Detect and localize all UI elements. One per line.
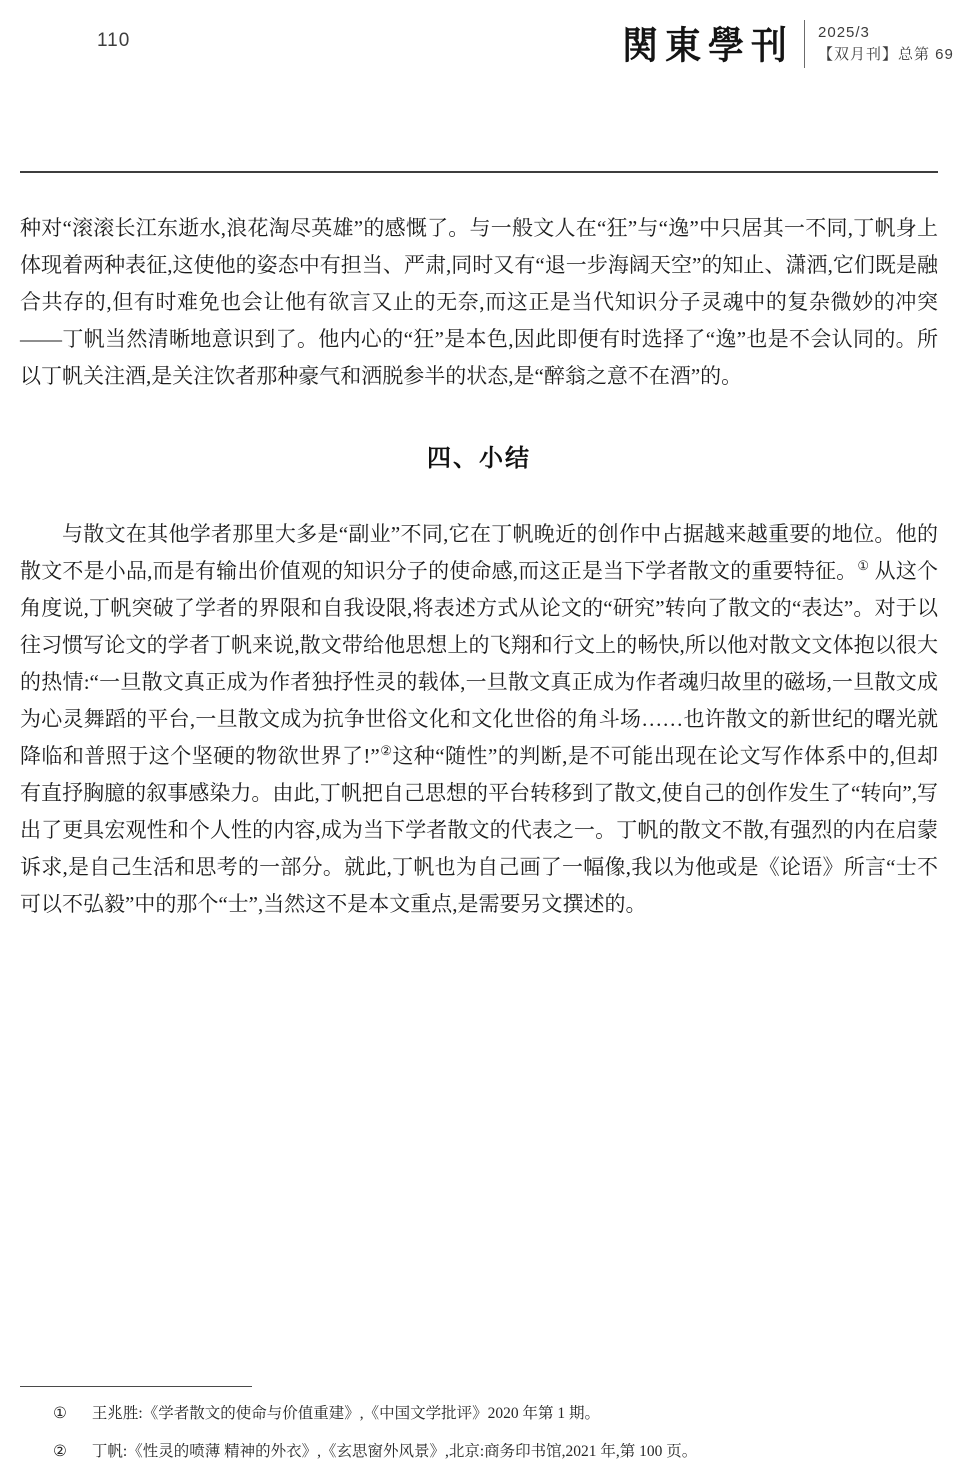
issue-info: 【双月刊】总第 69 期 (818, 44, 958, 66)
footnotes-section: ① 王兆胜:《学者散文的使命与价值重建》,《中国文学批评》2020 年第 1 期… (20, 1386, 938, 1476)
paragraph-conclusion: 与散文在其他学者那里大多是“副业”不同,它在丁帆晚近的创作中占据越来越重要的地位… (20, 516, 938, 923)
journal-page: 110 関東學刊 2025/3 【双月刊】总第 69 期 种对“滚滚长江东逝水,… (0, 0, 958, 1476)
footnote-item: ② 丁帆:《性灵的喷薄 精神的外衣》,《玄思窗外风景》,北京:商务印书馆,202… (20, 1440, 938, 1463)
footnote-ref-1: ① (857, 558, 869, 573)
footnote-text: 丁帆:《性灵的喷薄 精神的外衣》,《玄思窗外风景》,北京:商务印书馆,2021 … (92, 1440, 938, 1463)
footnote-marker: ① (53, 1402, 67, 1425)
paragraph-text: 这种“随性”的判断,是不可能出现在论文写作体系中的,但却有直抒胸臆的叙事感染力。… (20, 744, 938, 916)
page-number: 110 (97, 30, 130, 52)
paragraph-continuation: 种对“滚滚长江东逝水,浪花淘尽英雄”的感慨了。与一般文人在“狂”与“逸”中只居其… (20, 210, 938, 395)
masthead-divider (804, 20, 805, 68)
journal-masthead: 関東學刊 2025/3 【双月刊】总第 69 期 (622, 18, 958, 69)
article-body: 种对“滚滚长江东逝水,浪花淘尽英雄”的感慨了。与一般文人在“狂”与“逸”中只居其… (20, 172, 938, 923)
footnote-ref-2: ② (380, 743, 393, 758)
footnote-separator-rule (20, 1386, 252, 1387)
paragraph-text: 从这个角度说,丁帆突破了学者的界限和自我设限,将表述方式从论文的“研究”转向了散… (20, 559, 938, 768)
footnote-item: ① 王兆胜:《学者散文的使命与价值重建》,《中国文学批评》2020 年第 1 期… (20, 1402, 938, 1425)
issue-block: 2025/3 【双月刊】总第 69 期 (818, 22, 958, 66)
issue-number: 2025/3 (818, 22, 958, 44)
footnote-marker: ② (53, 1440, 67, 1463)
footnote-text: 王兆胜:《学者散文的使命与价值重建》,《中国文学批评》2020 年第 1 期。 (92, 1402, 938, 1425)
section-heading: 四、小结 (20, 438, 938, 473)
paragraph-text: 与散文在其他学者那里大多是“副业”不同,它在丁帆晚近的创作中占据越来越重要的地位… (20, 522, 938, 583)
journal-title-calligraphy: 関東學刊 (622, 17, 794, 71)
